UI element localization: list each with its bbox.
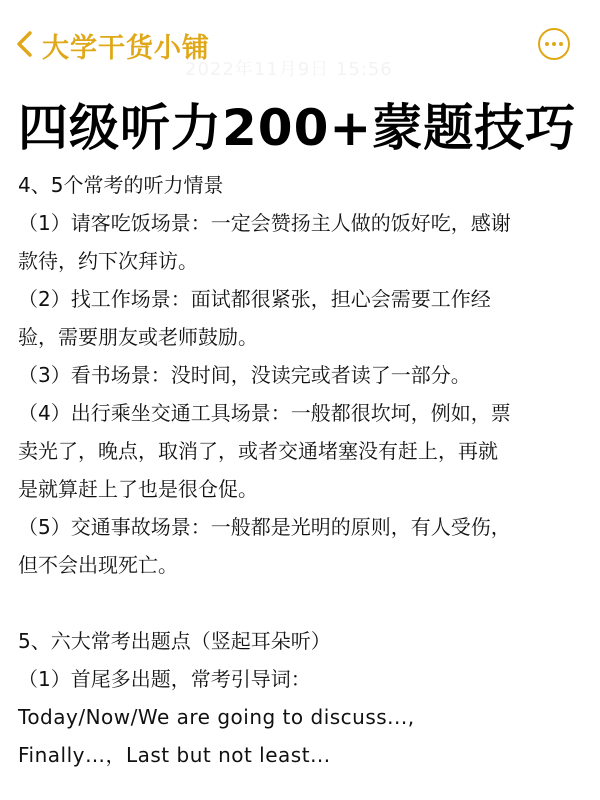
paragraph-line: 是就算赶上了也是很仓促。 [18, 470, 588, 508]
chevron-left-icon [14, 29, 36, 63]
paragraph-line: （3）看书场景：没时间，没读完或者读了一部分。 [18, 356, 588, 394]
paragraph-line: （2）找工作场景：面试都很紧张，担心会需要工作经 [18, 280, 588, 318]
back-button[interactable]: 大学干货小铺 [14, 26, 210, 65]
section-heading: 5、六大常考出题点（竖起耳朵听） [18, 622, 588, 660]
section-heading: 4、5个常考的听力情景 [18, 166, 588, 204]
paragraph-line: （1）首尾多出题，常考引导词： [18, 660, 588, 698]
article-title: 四级听力200+蒙题技巧 [18, 88, 576, 160]
more-dots-icon [545, 42, 549, 46]
paragraph-line: Today/Now/We are going to discuss..., [18, 698, 588, 736]
paragraph-line: （1）请客吃饭场景：一定会赞扬主人做的饭好吃，感谢 [18, 204, 588, 242]
paragraph-line: 验，需要朋友或老师鼓励。 [18, 318, 588, 356]
paragraph-line: 款待，约下次拜访。 [18, 242, 588, 280]
post-timestamp: 2022年11月9日 15:56 [185, 55, 393, 81]
paragraph-line: 但不会出现死亡。 [18, 546, 588, 584]
paragraph-line: Finally…，Last but not least... [18, 736, 588, 774]
more-options-button[interactable] [538, 28, 570, 60]
more-dot [552, 42, 556, 46]
spacer [18, 584, 588, 622]
more-dot [559, 42, 563, 46]
paragraph-line: （5）交通事故场景：一般都是光明的原则，有人受伤， [18, 508, 588, 546]
article-body: 4、5个常考的听力情景 （1）请客吃饭场景：一定会赞扬主人做的饭好吃，感谢 款待… [18, 166, 588, 774]
paragraph-line: 卖光了，晚点，取消了，或者交通堵塞没有赶上，再就 [18, 432, 588, 470]
paragraph-line: （4）出行乘坐交通工具场景：一般都很坎坷，例如，票 [18, 394, 588, 432]
top-nav-bar: 大学干货小铺 2022年11月9日 15:56 [0, 0, 600, 80]
